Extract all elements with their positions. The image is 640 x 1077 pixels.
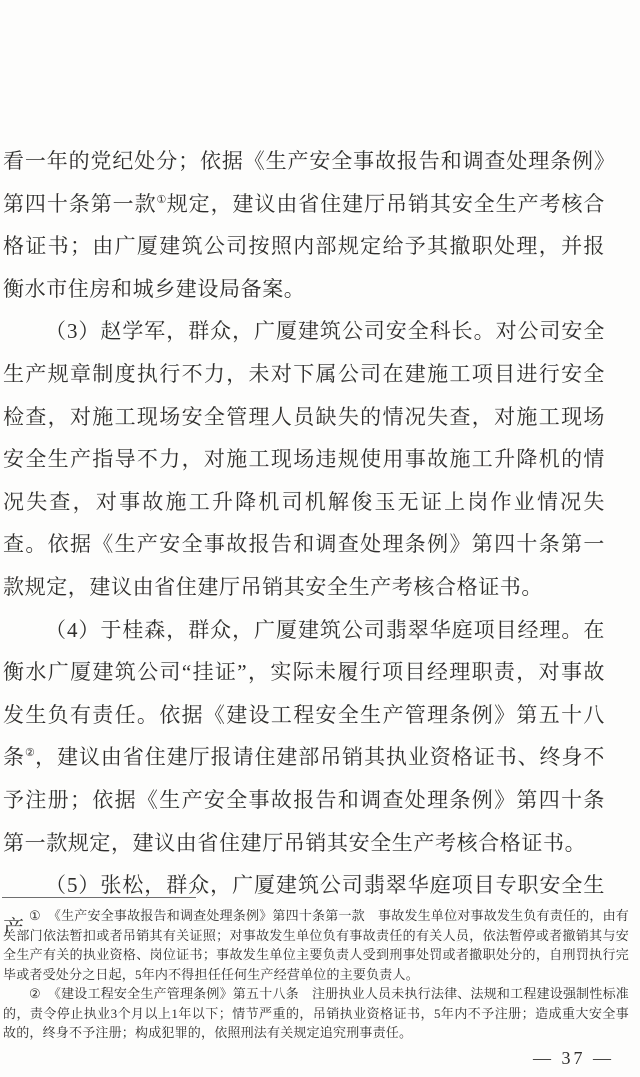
footnote-marker-1: ①	[29, 908, 41, 923]
footnote-text: 《建设工程安全生产管理条例》第五十八条 注册执业人员未执行法律、法规和工程建设强…	[3, 986, 629, 1040]
paragraph-text: ，建议由省住建厅报请住建部吊销其执业资格证书、终身不予注册；依据《生产安全事故报…	[3, 745, 605, 854]
footnote-reference-2: ②	[25, 747, 35, 759]
paragraph-text: （3）赵学军，群众，广厦建筑公司安全科长。对公司安全生产规章制度执行不力，未对下…	[3, 319, 605, 599]
footnote-divider	[2, 897, 196, 898]
paragraph-item-4: （4）于桂森，群众，广厦建筑公司翡翠华庭项目经理。在衡水广厦建筑公司“挂证”，实…	[3, 609, 605, 865]
footnote-marker-2: ②	[29, 986, 41, 1001]
paragraph-continuation: 看一年的党纪处分；依据《生产安全事故报告和调查处理条例》第四十条第一款①规定，建…	[3, 140, 605, 310]
document-page: 看一年的党纪处分；依据《生产安全事故报告和调查处理条例》第四十条第一款①规定，建…	[0, 0, 640, 1077]
document-body: 看一年的党纪处分；依据《生产安全事故报告和调查处理条例》第四十条第一款①规定，建…	[3, 140, 605, 949]
footnote-reference-1: ①	[157, 194, 167, 206]
footnote-1: ①《生产安全事故报告和调查处理条例》第四十条第一款 事故发生单位对事故发生负有责…	[3, 906, 629, 984]
paragraph-item-3: （3）赵学军，群众，广厦建筑公司安全科长。对公司安全生产规章制度执行不力，未对下…	[3, 310, 605, 608]
footnote-text: 《生产安全事故报告和调查处理条例》第四十条第一款 事故发生单位对事故发生负有责任…	[3, 908, 629, 982]
footnotes-section: ①《生产安全事故报告和调查处理条例》第四十条第一款 事故发生单位对事故发生负有责…	[3, 906, 629, 1043]
page-number: — 37 —	[533, 1048, 614, 1069]
footnote-2: ②《建设工程安全生产管理条例》第五十八条 注册执业人员未执行法律、法规和工程建设…	[3, 984, 629, 1043]
